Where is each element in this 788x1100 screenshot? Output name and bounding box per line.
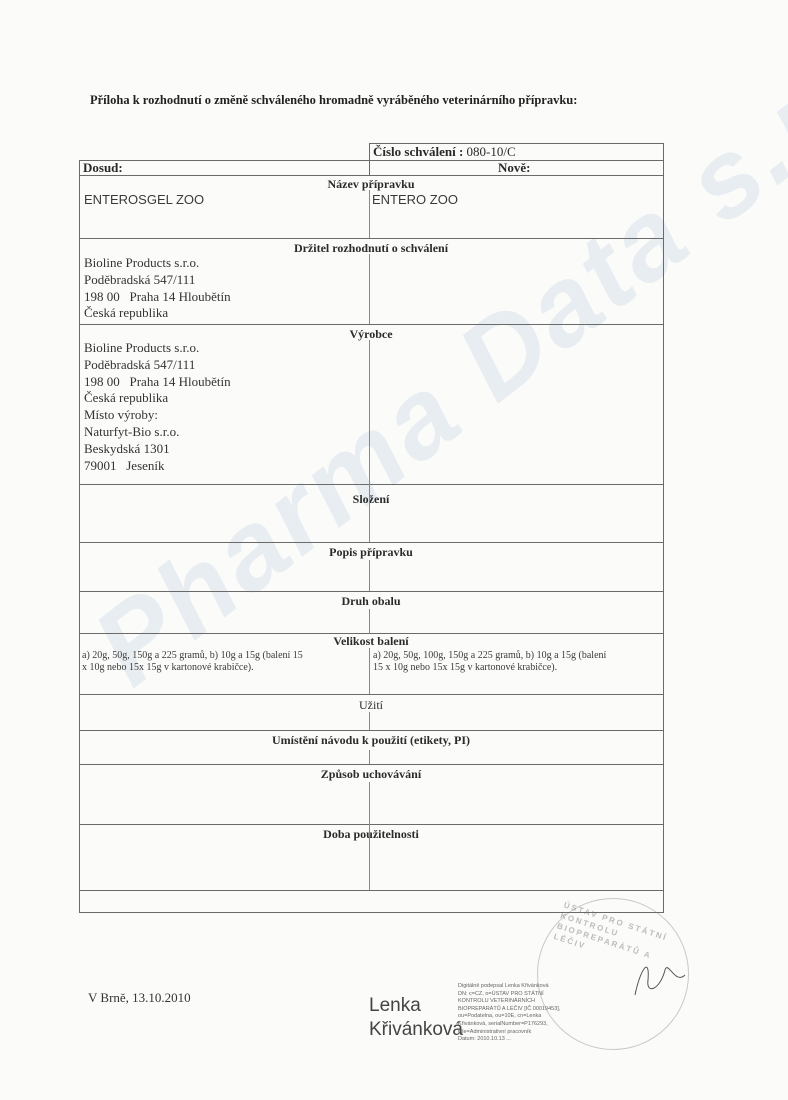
column-header-new: Nově: (498, 160, 531, 176)
section-heading-packaging-type: Druh obalu (79, 594, 663, 609)
section-heading-use: Užití (79, 698, 663, 713)
signature-detail-line: Digitálně podepsal Lenka Křivánková (458, 983, 568, 991)
section-heading-storage: Způsob uchovávání (79, 767, 663, 782)
pack-size-previous: a) 20g, 50g, 150g a 225 gramů, b) 10g a … (82, 650, 303, 674)
manufacturer-line: Česká republika (84, 390, 231, 407)
product-name-new: ENTERO ZOO (372, 192, 458, 209)
section-heading-instructions-placement: Umístění návodu k použití (etikety, PI) (79, 733, 663, 748)
column-header-previous: Dosud: (83, 160, 123, 176)
handwritten-signature-icon (630, 950, 690, 1000)
holder-line: Česká republika (84, 305, 231, 322)
signature-detail-line: Křivánková, serialNumber=P176293, (458, 1021, 568, 1029)
approval-number-value: 080-10/C (467, 144, 516, 159)
holder-line: 198 00 Praha 14 Hloubětín (84, 289, 231, 306)
pack-size-new: a) 20g, 50g, 100g, 150g a 225 gramů, b) … (373, 650, 606, 674)
section-heading-description: Popis přípravku (79, 545, 663, 560)
manufacturer-previous: Bioline Products s.r.o. Poděbradská 547/… (84, 340, 231, 474)
signature-detail-line: KONTROLU VETERINÁRNÍCH (458, 998, 568, 1006)
manufacturer-line: Poděbradská 547/111 (84, 357, 231, 374)
approval-number-label: Číslo schválení : (373, 144, 463, 159)
pack-size-line: a) 20g, 50g, 150g a 225 gramů, b) 10g a … (82, 650, 303, 662)
signature-block: Lenka Křivánková (369, 994, 463, 1042)
signature-detail-line: title=Administrativní pracovník (458, 1029, 568, 1037)
signature-detail-line: ou=Podatelna, ou=10E, cn=Lenka (458, 1013, 568, 1021)
pack-size-line: 15 x 10g nebo 15x 15g v kartonové krabič… (373, 662, 606, 674)
holder-previous: Bioline Products s.r.o. Poděbradská 547/… (84, 255, 231, 322)
holder-line: Poděbradská 547/111 (84, 272, 231, 289)
pack-size-line: x 10g nebo 15x 15g v kartonové krabičce)… (82, 662, 303, 674)
section-heading-pack-size: Velikost balení (79, 634, 663, 649)
manufacturer-line: 198 00 Praha 14 Hloubětín (84, 374, 231, 391)
manufacturer-line: Beskydská 1301 (84, 441, 231, 458)
manufacturer-line: Bioline Products s.r.o. (84, 340, 231, 357)
manufacturer-line: Místo výroby: (84, 407, 231, 424)
pack-size-line: a) 20g, 50g, 100g, 150g a 225 gramů, b) … (373, 650, 606, 662)
approval-number: Číslo schválení : 080-10/C (373, 144, 516, 160)
signer-first-name: Lenka (369, 994, 463, 1018)
manufacturer-line: 79001 Jeseník (84, 458, 231, 475)
signature-detail-line: BIOPREPARÁTŮ A LÉČIV [IČ 00019453], (458, 1006, 568, 1014)
manufacturer-line: Naturfyt-Bio s.r.o. (84, 424, 231, 441)
signer-last-name: Křivánková (369, 1018, 463, 1042)
document-title: Příloha k rozhodnutí o změně schváleného… (90, 93, 577, 108)
signature-detail-line: Datum: 2010.10.13 ... (458, 1036, 568, 1044)
product-name-previous: ENTEROSGEL ZOO (84, 192, 204, 209)
holder-line: Bioline Products s.r.o. (84, 255, 231, 272)
section-heading-composition: Složení (79, 492, 663, 507)
section-heading-holder: Držitel rozhodnutí o schválení (79, 241, 663, 256)
digital-signature-details: Digitálně podepsal Lenka Křivánková DN: … (458, 983, 568, 1044)
section-heading-product-name: Název přípravku (79, 177, 663, 192)
place-date: V Brně, 13.10.2010 (88, 990, 191, 1006)
section-heading-shelf-life: Doba použitelnosti (79, 827, 663, 842)
